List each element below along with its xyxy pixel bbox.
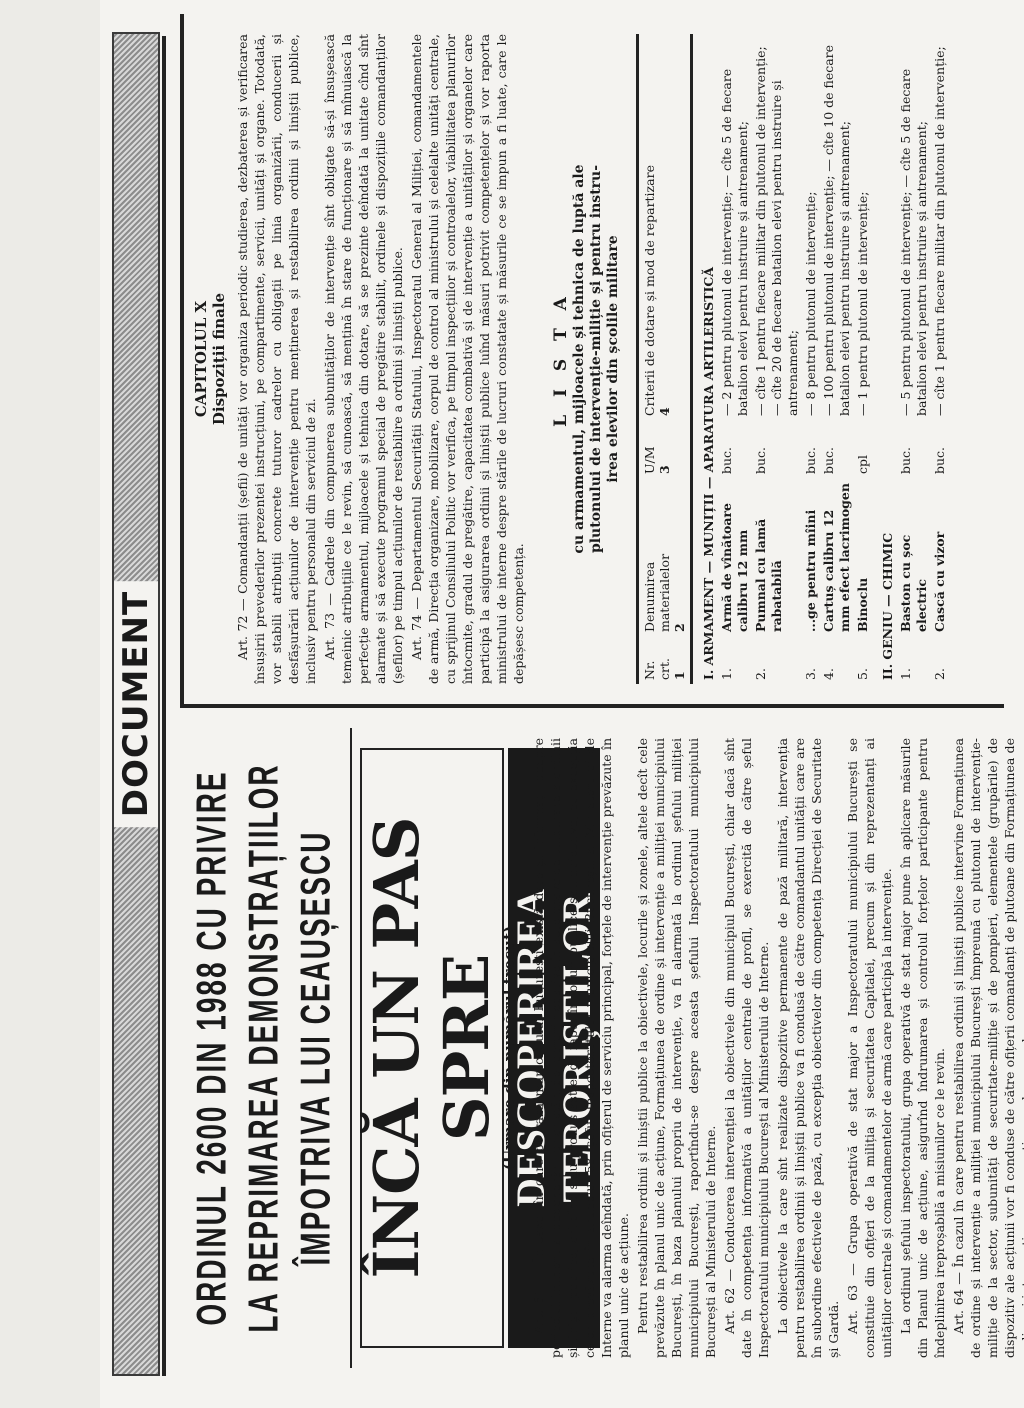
- cell: cpl: [854, 420, 872, 478]
- cell: — 2 pentru plutonul de intervenție; — cî…: [718, 34, 752, 420]
- cell: 3.: [802, 636, 820, 684]
- section-row: I. ARMAMENT — MUNIȚII — APARATURA ARTILE…: [692, 34, 719, 684]
- section-band: DOCUMENT: [112, 32, 160, 1376]
- left-article: ORDINUL 2600 DIN 1988 CU PRIVIRE LA REPR…: [180, 728, 1000, 1368]
- section-title: II. GENIU — CHIMIC: [872, 34, 897, 684]
- col-num: 1: [672, 671, 687, 680]
- cell: buc.: [897, 420, 931, 478]
- subtitle-line: irea elevilor din școlile militare: [605, 14, 622, 704]
- table-row: 1.Baston cu șoc electricbuc.— 5 pentru p…: [897, 34, 931, 684]
- table-row: 1.Armă de vînătoare calibru 12 mmbuc.— 2…: [718, 34, 752, 684]
- title-line: ORDINUL 2600 DIN 1988 CU PRIVIRE: [188, 728, 236, 1368]
- cell: ...ge pentru mîini: [802, 478, 820, 636]
- cell: — cîte 1 pentru fiecare militar din plut…: [931, 34, 949, 420]
- paragraph: Art. 63 — Grupa operativă de stat major …: [844, 738, 895, 1358]
- cell: — 1 pentru plutonul de intervenție;: [854, 34, 872, 420]
- article-title: ORDINUL 2600 DIN 1988 CU PRIVIRE LA REPR…: [180, 728, 352, 1368]
- chapter-body: Art. 72 — Comandanții (șefii) de unități…: [228, 14, 535, 704]
- right-article: CAPITOLUL X Dispoziții finale Art. 72 — …: [180, 14, 1004, 708]
- previous-page-strip: [0, 0, 100, 1408]
- paragraph: La obiectivele la care sînt realizate di…: [774, 738, 842, 1358]
- headline-main: ÎNCĂ UN PAS SPRE: [360, 748, 504, 1348]
- section-label: DOCUMENT: [114, 581, 158, 827]
- paragraph: Art. 73 — Cadrele din compunerea subunit…: [321, 34, 406, 684]
- section-row: II. GENIU — CHIMIC: [872, 34, 897, 684]
- article-body: Art. 61 — În cazul în care pe raza munic…: [530, 738, 1024, 1358]
- cell: buc.: [752, 420, 802, 478]
- cell: buc.: [718, 420, 752, 478]
- paragraph: Pentru restabilirea ordinii și liniștii …: [634, 738, 719, 1358]
- cell: 2.: [752, 636, 802, 684]
- paragraph: La ordinul șefului inspectoratului, grup…: [897, 738, 948, 1358]
- list-subtitle: cu armamentul, mijloacele și tehnica de …: [571, 14, 622, 704]
- col-nr: Nr. crt.: [642, 658, 672, 680]
- divider: [162, 36, 166, 1376]
- table-row: 2.Pumnal cu lamă rabatabilăbuc.— cîte 1 …: [752, 34, 802, 684]
- paragraph: Art. 74 — Departamentul Securității Stat…: [408, 34, 527, 684]
- subtitle-line: cu armamentul, mijloacele și tehnica de …: [571, 14, 588, 704]
- table-row: 2.Cască cu vizorbuc.— cîte 1 pentru fiec…: [931, 34, 949, 684]
- title-line: ÎMPOTRIVA LUI CEAUȘESCU: [292, 728, 340, 1368]
- col-num: 2: [672, 623, 687, 632]
- cell: Cartuș calibru 12 mm efect lacrimogen: [820, 478, 854, 636]
- cell: buc.: [820, 420, 854, 478]
- table-row: 4.Cartuș calibru 12 mm efect lacrimogenb…: [820, 34, 854, 684]
- cell: Pumnal cu lamă rabatabilă: [752, 478, 802, 636]
- cell: — 100 pentru plutonul de intervenție; — …: [820, 34, 854, 420]
- cell: 2.: [931, 636, 949, 684]
- cell: — 5 pentru plutonul de intervenție; — cî…: [897, 34, 931, 420]
- continuation-note: (Urmare din numărul trecut): [500, 728, 518, 1368]
- paragraph: Art. 72 — Comandanții (șefii) de unități…: [234, 34, 319, 684]
- table-header: Nr. crt.1 Denumirea materialelor2 U/M3 C…: [638, 34, 692, 684]
- newspaper-page: DOCUMENT ORDINUL 2600 DIN 1988 CU PRIVIR…: [0, 0, 1024, 1408]
- cell: 1.: [897, 636, 931, 684]
- cell: — 8 pentru plutonul de intervenție;: [802, 34, 820, 420]
- cell: Baston cu șoc electric: [897, 478, 931, 636]
- cell: — cîte 1 pentru fiecare militar din plut…: [752, 34, 802, 420]
- col-num: 3: [657, 465, 672, 474]
- subtitle-line: plutonului de intervenție-miliție și pen…: [588, 14, 605, 704]
- cell: Binoclu: [854, 478, 872, 636]
- chapter-number: CAPITOLUL X: [192, 14, 210, 704]
- list-title: L I S T A: [551, 14, 571, 704]
- cell: buc.: [802, 420, 820, 478]
- section-title: I. ARMAMENT — MUNIȚII — APARATURA ARTILE…: [692, 34, 719, 684]
- cell: buc.: [931, 420, 949, 478]
- table-row: 3....ge pentru mîinibuc.— 8 pentru pluto…: [802, 34, 820, 684]
- cell: 1.: [718, 636, 752, 684]
- paragraph: Art. 61 — În cazul în care pe raza munic…: [530, 738, 632, 1358]
- table-row: 5.Binoclucpl— 1 pentru plutonul de inter…: [854, 34, 872, 684]
- chapter-title: Dispoziții finale: [210, 14, 228, 704]
- cell: 5.: [854, 636, 872, 684]
- title-line: LA REPRIMAREA DEMONSTRAȚIILOR: [240, 728, 288, 1368]
- chapter-heading: CAPITOLUL X Dispoziții finale: [192, 14, 228, 704]
- cell: Cască cu vizor: [931, 478, 949, 636]
- col-um: U/M: [642, 446, 657, 474]
- col-criteria: Criterii de dotare și mod de repartizare: [642, 165, 657, 416]
- col-num: 4: [657, 407, 672, 416]
- paragraph: Art. 62 — Conducerea intervenției la obi…: [721, 738, 772, 1358]
- paragraph: Art. 64 — În cazul în care pentru restab…: [950, 738, 1024, 1358]
- col-name: Denumirea materialelor: [642, 554, 672, 632]
- cell: 4.: [820, 636, 854, 684]
- equipment-table: Nr. crt.1 Denumirea materialelor2 U/M3 C…: [636, 34, 949, 684]
- cell: Armă de vînătoare calibru 12 mm: [718, 478, 752, 636]
